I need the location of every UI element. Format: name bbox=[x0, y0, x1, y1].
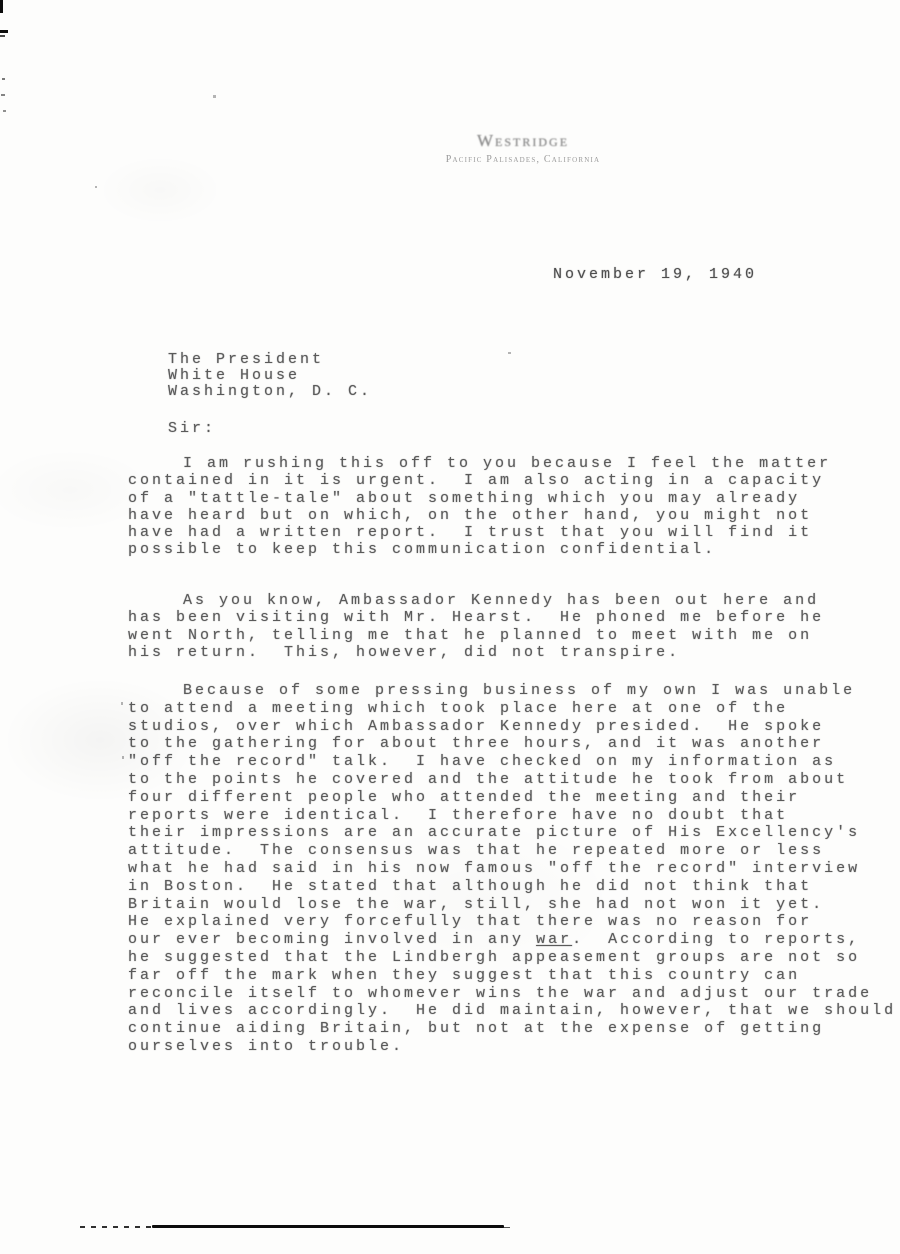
typewritten-line: Britain would lose the war, still, she h… bbox=[128, 896, 900, 914]
typewritten-line: to attend a meeting which took place her… bbox=[128, 700, 900, 718]
body-paragraph: I am rushing this off to you because I f… bbox=[128, 455, 900, 559]
typewritten-line: his return. This, however, did not trans… bbox=[128, 644, 900, 661]
typewritten-line: possible to keep this communication conf… bbox=[128, 541, 900, 558]
typewritten-line: of a "tattle-tale" about something which… bbox=[128, 490, 900, 507]
body-paragraph: Because of some pressing business of my … bbox=[128, 682, 900, 1056]
typewritten-line: Because of some pressing business of my … bbox=[128, 682, 900, 700]
salutation: Sir: bbox=[168, 420, 216, 437]
body-paragraph: As you know, Ambassador Kennedy has been… bbox=[128, 592, 900, 661]
scanned-letter-page: Westridge Pacific Palisades, California … bbox=[0, 0, 900, 1254]
typewritten-line: he suggested that the Lindbergh appeasem… bbox=[128, 949, 900, 967]
scan-artifact-bottom-line-tail bbox=[500, 1227, 510, 1228]
scan-artifact-top-left-bar bbox=[0, 0, 3, 13]
typewritten-line: their impressions are an accurate pictur… bbox=[128, 824, 900, 842]
typewritten-line: what he had said in his now famous "off … bbox=[128, 860, 900, 878]
typewritten-line: I am rushing this off to you because I f… bbox=[128, 455, 900, 472]
scan-artifact-edge-dot bbox=[2, 78, 5, 80]
typewritten-line: White House bbox=[168, 368, 372, 384]
scan-artifact-edge-dot bbox=[3, 110, 6, 112]
typewritten-line: four different people who attended the m… bbox=[128, 789, 900, 807]
letterhead-location: Pacific Palisades, California bbox=[446, 154, 601, 165]
scan-speck bbox=[95, 186, 97, 188]
typewritten-line: ourselves into trouble. bbox=[128, 1038, 900, 1056]
scan-artifact-bottom-dashes bbox=[80, 1226, 152, 1228]
typewritten-line: reports were identical. I therefore have… bbox=[128, 807, 900, 825]
scan-artifact-top-left-dash bbox=[0, 30, 8, 33]
typewritten-line: studios, over which Ambassador Kennedy p… bbox=[128, 718, 900, 736]
typewritten-line: He explained very forcefully that there … bbox=[128, 913, 900, 931]
typewritten-line: attitude. The consensus was that he repe… bbox=[128, 842, 900, 860]
typewritten-line: have had a written report. I trust that … bbox=[128, 524, 900, 541]
typewritten-line: and lives accordingly. He did maintain, … bbox=[128, 1002, 900, 1020]
typewritten-line: our ever becoming involved in any war. A… bbox=[128, 931, 900, 949]
letterhead-name: Westridge bbox=[446, 131, 601, 151]
typewritten-line: to the gathering for about three hours, … bbox=[128, 735, 900, 753]
scan-speck bbox=[122, 756, 124, 759]
scan-speck bbox=[213, 95, 216, 98]
typewritten-line: "off the record" talk. I have checked on… bbox=[128, 753, 900, 771]
scan-artifact-bottom-line bbox=[152, 1225, 504, 1228]
scan-artifact-edge-dot bbox=[1, 94, 5, 96]
typewritten-line: As you know, Ambassador Kennedy has been… bbox=[128, 592, 900, 609]
typewritten-line: Washington, D. C. bbox=[168, 384, 372, 400]
typewritten-line: went North, telling me that he planned t… bbox=[128, 627, 900, 644]
date-line: November 19, 1940 bbox=[553, 266, 757, 283]
recipient-address: The PresidentWhite HouseWashington, D. C… bbox=[168, 352, 372, 400]
typewritten-line: contained in it is urgent. I am also act… bbox=[128, 472, 900, 489]
scan-speck bbox=[121, 702, 123, 705]
typewritten-line: far off the mark when they suggest that … bbox=[128, 967, 900, 985]
typewritten-line: continue aiding Britain, but not at the … bbox=[128, 1020, 900, 1038]
letterhead: Westridge Pacific Palisades, California bbox=[446, 131, 601, 165]
scan-artifact-top-left-dash bbox=[0, 35, 5, 37]
typewritten-line: to the points he covered and the attitud… bbox=[128, 771, 900, 789]
typewritten-line: in Boston. He stated that although he di… bbox=[128, 878, 900, 896]
scan-speck bbox=[508, 352, 511, 354]
typewritten-line: The President bbox=[168, 352, 372, 368]
typewritten-line: reconcile itself to whomever wins the wa… bbox=[128, 985, 900, 1003]
typewritten-line: has been visiting with Mr. Hearst. He ph… bbox=[128, 609, 900, 626]
typewritten-line: have heard but on which, on the other ha… bbox=[128, 507, 900, 524]
